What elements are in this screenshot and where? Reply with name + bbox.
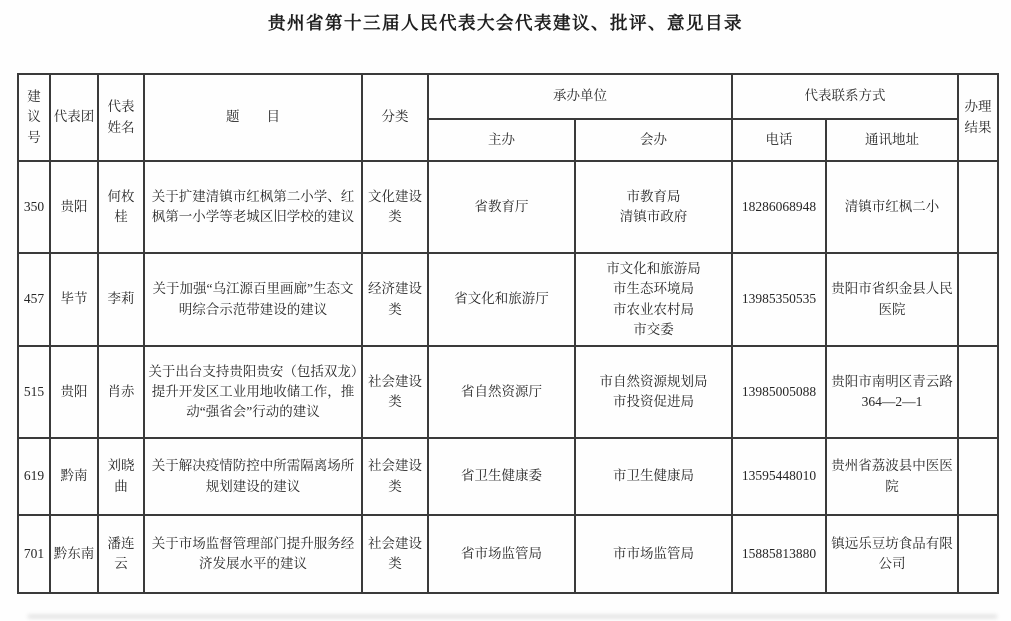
cell-result [958,438,998,515]
table-row: 457 毕节 李莉 关于加强“乌江源百里画廊”生态文明综合示范带建设的建议 经济… [18,253,998,346]
page-title: 贵州省第十三届人民代表大会代表建议、批评、意见目录 [0,10,1011,35]
cell-representative-name: 潘连云 [98,515,144,593]
cell-co-undertaker: 市教育局 清镇市政府 [575,161,732,253]
header-representative-name: 代表 姓名 [98,74,144,161]
header-delegation: 代表团 [50,74,98,161]
cell-delegation: 黔东南 [50,515,98,593]
cell-result [958,346,998,438]
table-row: 350 贵阳 何枚桂 关于扩建清镇市红枫第二小学、红枫第一小学等老城区旧学校的建… [18,161,998,253]
header-row-top: 建 议 号 代表团 代表 姓名 题 目 分类 承办单位 代表联系方式 办理 结果 [18,74,998,119]
cell-result [958,515,998,593]
cell-delegation: 黔南 [50,438,98,515]
cell-address: 贵阳市省织金县人民医院 [826,253,958,346]
cell-representative-name: 刘晓曲 [98,438,144,515]
cell-topic: 关于出台支持贵阳贵安（包括双龙）提升开发区工业用地收储工作，推动“强省会”行动的… [144,346,362,438]
cell-suggestion-id: 350 [18,161,50,253]
cell-main-undertaker: 省市场监管局 [428,515,575,593]
cell-topic: 关于解决疫情防控中所需隔离场所规划建设的建议 [144,438,362,515]
table-row: 619 黔南 刘晓曲 关于解决疫情防控中所需隔离场所规划建设的建议 社会建设类 … [18,438,998,515]
header-contact-group: 代表联系方式 [732,74,958,119]
cell-co-undertaker: 市文化和旅游局 市生态环境局 市农业农村局 市交委 [575,253,732,346]
cell-address: 贵州省荔波县中医医院 [826,438,958,515]
document-page: 贵州省第十三届人民代表大会代表建议、批评、意见目录 建 议 号 代表团 代表 姓… [0,0,1011,621]
scan-edge-artifact [28,615,997,618]
cell-phone: 13985005088 [732,346,826,438]
header-main-undertaker: 主办 [428,119,575,161]
cell-topic: 关于加强“乌江源百里画廊”生态文明综合示范带建设的建议 [144,253,362,346]
cell-result [958,161,998,253]
cell-address: 清镇市红枫二小 [826,161,958,253]
cell-address: 贵阳市南明区青云路364—2—1 [826,346,958,438]
cell-representative-name: 肖赤 [98,346,144,438]
cell-delegation: 贵阳 [50,161,98,253]
cell-co-undertaker: 市市场监管局 [575,515,732,593]
cell-main-undertaker: 省文化和旅游厅 [428,253,575,346]
header-address: 通讯地址 [826,119,958,161]
suggestions-table: 建 议 号 代表团 代表 姓名 题 目 分类 承办单位 代表联系方式 办理 结果… [17,73,999,594]
cell-main-undertaker: 省教育厅 [428,161,575,253]
cell-co-undertaker: 市卫生健康局 [575,438,732,515]
cell-topic: 关于扩建清镇市红枫第二小学、红枫第一小学等老城区旧学校的建议 [144,161,362,253]
cell-main-undertaker: 省卫生健康委 [428,438,575,515]
cell-phone: 13595448010 [732,438,826,515]
cell-category: 经济建设类 [362,253,428,346]
header-result: 办理 结果 [958,74,998,161]
cell-delegation: 毕节 [50,253,98,346]
header-category: 分类 [362,74,428,161]
cell-co-undertaker: 市自然资源规划局 市投资促进局 [575,346,732,438]
cell-result [958,253,998,346]
table-row: 515 贵阳 肖赤 关于出台支持贵阳贵安（包括双龙）提升开发区工业用地收储工作，… [18,346,998,438]
cell-representative-name: 何枚桂 [98,161,144,253]
cell-category: 社会建设类 [362,438,428,515]
header-topic: 题 目 [144,74,362,161]
header-suggestion-id: 建 议 号 [18,74,50,161]
header-co-undertaker: 会办 [575,119,732,161]
cell-phone: 15885813880 [732,515,826,593]
table-row: 701 黔东南 潘连云 关于市场监督管理部门提升服务经济发展水平的建议 社会建设… [18,515,998,593]
cell-main-undertaker: 省自然资源厅 [428,346,575,438]
cell-suggestion-id: 701 [18,515,50,593]
cell-address: 镇远乐豆坊食品有限公司 [826,515,958,593]
cell-category: 社会建设类 [362,346,428,438]
header-phone: 电话 [732,119,826,161]
cell-suggestion-id: 457 [18,253,50,346]
cell-delegation: 贵阳 [50,346,98,438]
cell-representative-name: 李莉 [98,253,144,346]
cell-category: 社会建设类 [362,515,428,593]
header-undertaker-group: 承办单位 [428,74,732,119]
cell-suggestion-id: 515 [18,346,50,438]
cell-category: 文化建设类 [362,161,428,253]
cell-topic: 关于市场监督管理部门提升服务经济发展水平的建议 [144,515,362,593]
cell-suggestion-id: 619 [18,438,50,515]
cell-phone: 18286068948 [732,161,826,253]
cell-phone: 13985350535 [732,253,826,346]
